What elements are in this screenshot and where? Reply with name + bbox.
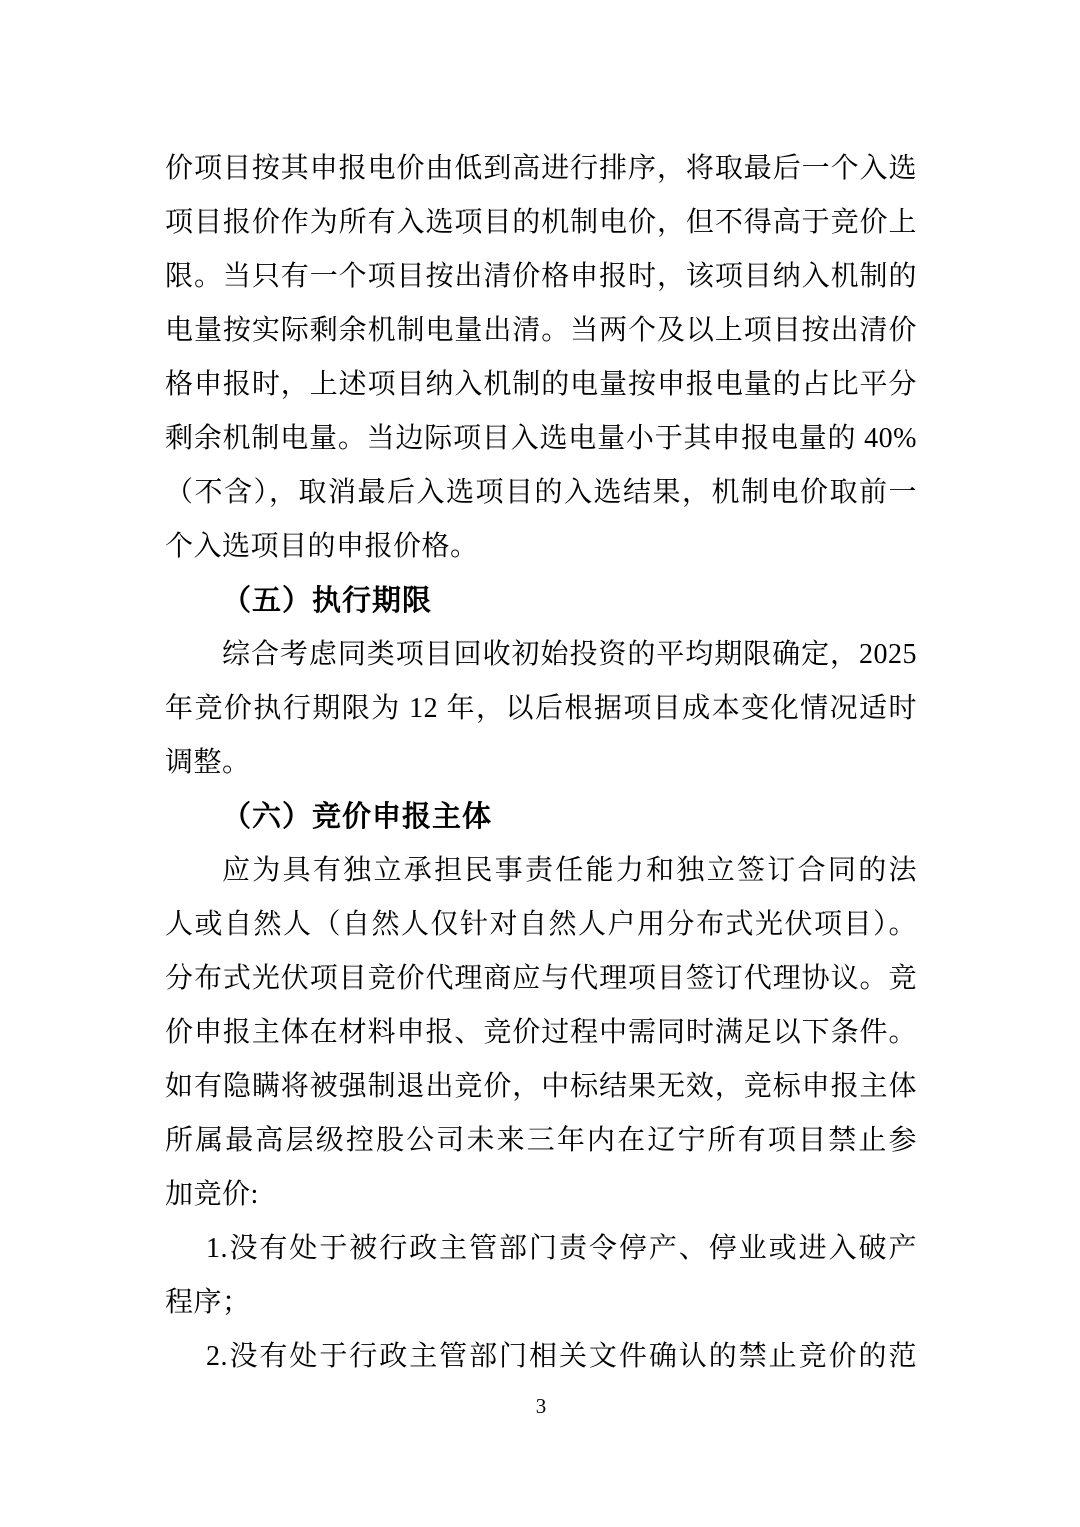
- text-line: 人或自然人（自然人仅针对自然人户用分布式光伏项目）。: [165, 898, 917, 952]
- text-line: （不含），取消最后入选项目的入选结果，机制电价取前一: [165, 466, 917, 520]
- page-number: 3: [165, 1393, 917, 1419]
- text-block: 价项目按其申报电价由低到高进行排序，将取最后一个入选 项目报价作为所有入选项目的…: [165, 142, 917, 1384]
- text-line: 项目报价作为所有入选项目的机制电价，但不得高于竞价上: [165, 196, 917, 250]
- text-line: 个入选项目的申报价格。: [165, 520, 917, 574]
- text-line: 电量按实际剩余机制电量出清。当两个及以上项目按出清价: [165, 304, 917, 358]
- list-item-2: 2.没有处于行政主管部门相关文件确认的禁止竞价的范: [165, 1330, 917, 1384]
- text-line: 如有隐瞒将被强制退出竞价，中标结果无效，竞标申报主体: [165, 1060, 917, 1114]
- section-heading-6: （六）竞价申报主体: [165, 790, 917, 844]
- text-line: 调整。: [165, 736, 917, 790]
- text-line: 分布式光伏项目竞价代理商应与代理项目签订代理协议。竞: [165, 952, 917, 1006]
- text-line: 价项目按其申报电价由低到高进行排序，将取最后一个入选: [165, 142, 917, 196]
- section-heading-5: （五）执行期限: [165, 574, 917, 628]
- text-line: 格申报时，上述项目纳入机制的电量按申报电量的占比平分: [165, 358, 917, 412]
- text-line: 限。当只有一个项目按出清价格申报时，该项目纳入机制的: [165, 250, 917, 304]
- document-page: 价项目按其申报电价由低到高进行排序，将取最后一个入选 项目报价作为所有入选项目的…: [0, 0, 1080, 1527]
- text-line: 年竞价执行期限为 12 年，以后根据项目成本变化情况适时: [165, 682, 917, 736]
- text-line: 所属最高层级控股公司未来三年内在辽宁所有项目禁止参: [165, 1114, 917, 1168]
- text-line: 综合考虑同类项目回收初始投资的平均期限确定，2025: [165, 628, 917, 682]
- text-line: 加竞价:: [165, 1168, 917, 1222]
- text-line: 程序；: [165, 1276, 917, 1330]
- list-item-1: 1.没有处于被行政主管部门责令停产、停业或进入破产: [165, 1222, 917, 1276]
- text-line: 价申报主体在材料申报、竞价过程中需同时满足以下条件。: [165, 1006, 917, 1060]
- text-line: 应为具有独立承担民事责任能力和独立签订合同的法: [165, 844, 917, 898]
- text-line: 剩余机制电量。当边际项目入选电量小于其申报电量的 40%: [165, 412, 917, 466]
